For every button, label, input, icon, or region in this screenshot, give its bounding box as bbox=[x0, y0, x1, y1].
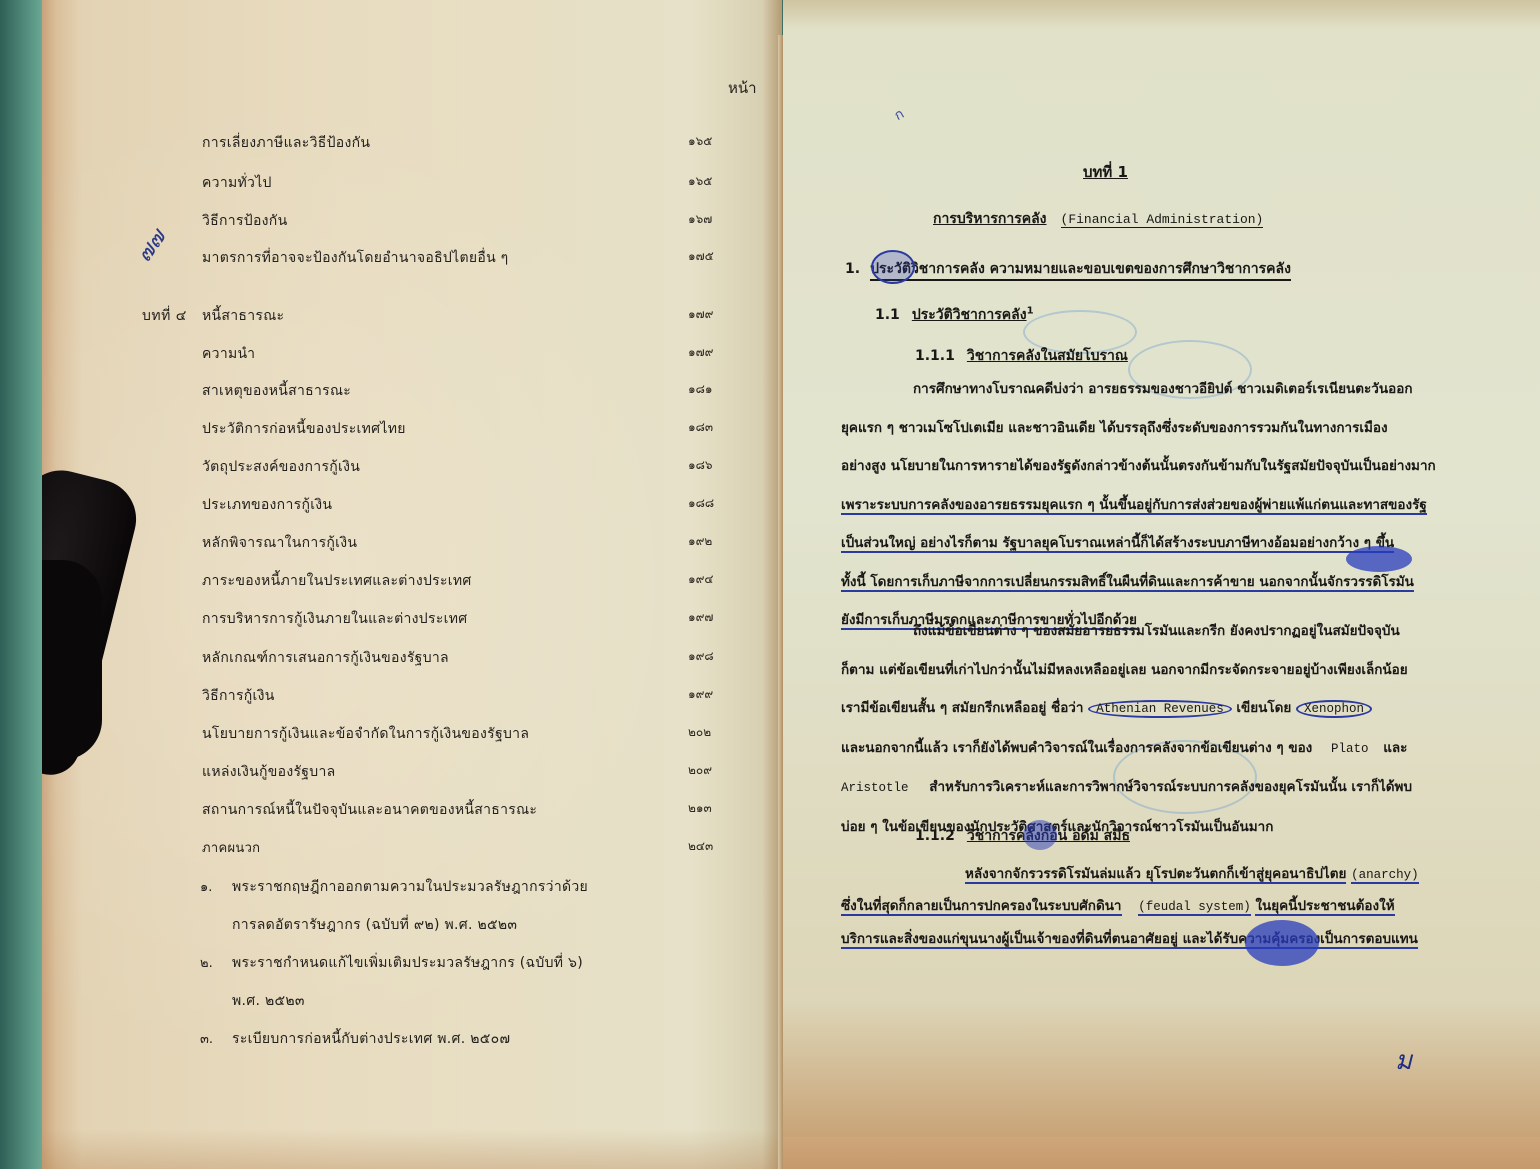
toc-entry: สถานการณ์หนี้ในปัจจุบันและอนาคตของหนี้สา… bbox=[42, 799, 782, 825]
toc-entry: ความทั่วไป ๑๖๕ bbox=[42, 172, 782, 198]
toc-entry-page: ๑๘๓ bbox=[688, 418, 713, 437]
toc-entry: หลักพิจารณาในการกู้เงิน ๑๙๒ bbox=[42, 532, 782, 558]
toc-entry-title: ความทั่วไป bbox=[202, 172, 272, 194]
section-heading-1-1-1: 1.1.1วิชาการคลังในสมัยโบราณ bbox=[915, 345, 1128, 367]
toc-entry-title: ประเภทของการกู้เงิน bbox=[202, 494, 332, 516]
pen-scribble-annotation bbox=[1245, 920, 1319, 966]
toc-entry-page: ๑๖๕ bbox=[688, 172, 712, 191]
toc-chapter-entry: บทที่ ๔ หนี้สาธารณะ ๑๗๙ bbox=[42, 305, 782, 331]
toc-entry: วัตถุประสงค์ของการกู้เงิน ๑๘๖ bbox=[42, 456, 782, 482]
toc-entry-title: การบริหารการกู้เงินภายในและต่างประเทศ bbox=[202, 608, 467, 630]
toc-entry: ภาคผนวก ๒๔๓ bbox=[42, 837, 782, 863]
toc-entry-page: ๒๑๓ bbox=[688, 799, 712, 818]
toc-entry-title: สาเหตุของหนี้สาธารณะ bbox=[202, 380, 351, 402]
paragraph-pre-adam-smith: หลังจากจักรวรรดิโรมันล่มแล้ว ยุโรปตะวันต… bbox=[841, 855, 1461, 959]
thumb-shadow bbox=[42, 560, 102, 760]
chapter-label: บทที่ 1 bbox=[1083, 160, 1128, 184]
toc-entry-title: หนี้สาธารณะ bbox=[202, 305, 284, 327]
paragraph-greek-roman-writings: ถึงแม้ข้อเขียนต่าง ๆ ของสมัยอารยธรรมโรมั… bbox=[841, 612, 1461, 846]
toc-entry-title: ภาคผนวก bbox=[202, 837, 260, 858]
toc-entry-title: วัตถุประสงค์ของการกู้เงิน bbox=[202, 456, 360, 478]
annotated-term-athenian-revenues: Athenian Revenues bbox=[1088, 700, 1232, 718]
left-page-toc: หน้า ๗๗ การเลี่ยงภาษีและวิธีป้องกัน ๑๖๕ … bbox=[42, 0, 782, 1169]
toc-entry: ภาระของหนี้ภายในประเทศและต่างประเทศ ๑๙๔ bbox=[42, 570, 782, 596]
toc-entry-page: ๑๗๙ bbox=[688, 343, 713, 362]
toc-entry-title: การเลี่ยงภาษีและวิธีป้องกัน bbox=[202, 132, 370, 154]
appendix-item-continuation: การลดอัตรารัษฎากร (ฉบับที่ ๙๒) พ.ศ. ๒๕๒๓ bbox=[42, 914, 782, 940]
handwritten-top-mark: ก bbox=[890, 103, 908, 126]
toc-entry-page: ๑๙๙ bbox=[688, 685, 713, 704]
toc-entry-title: หลักพิจารณาในการกู้เงิน bbox=[202, 532, 357, 554]
toc-entry: มาตรการที่อาจจะป้องกันโดยอำนาจอธิปไตยอื่… bbox=[42, 247, 782, 273]
appendix-item: ๑. พระราชกฤษฎีกาออกตามความในประมวลรัษฎาก… bbox=[42, 876, 782, 902]
toc-entry-title: ภาระของหนี้ภายในประเทศและต่างประเทศ bbox=[202, 570, 472, 592]
chapter-title: การบริหารการคลัง(Financial Administratio… bbox=[933, 208, 1263, 230]
toc-entry: การเลี่ยงภาษีและวิธีป้องกัน ๑๖๕ bbox=[42, 132, 782, 158]
toc-entry: นโยบายการกู้เงินและข้อจำกัดในการกู้เงินข… bbox=[42, 723, 782, 749]
toc-entry-page: ๑๘๑ bbox=[688, 380, 713, 399]
toc-entry-title: มาตรการที่อาจจะป้องกันโดยอำนาจอธิปไตยอื่… bbox=[202, 247, 509, 269]
page-bottom-edge bbox=[783, 1137, 1540, 1169]
toc-entry-title: นโยบายการกู้เงินและข้อจำกัดในการกู้เงินข… bbox=[202, 723, 529, 745]
toc-entry-page: ๑๙๔ bbox=[688, 570, 714, 589]
toc-entry-title: แหล่งเงินกู้ของรัฐบาล bbox=[202, 761, 336, 783]
toc-entry: หลักเกณฑ์การเสนอการกู้เงินของรัฐบาล ๑๙๘ bbox=[42, 647, 782, 673]
toc-entry: แหล่งเงินกู้ของรัฐบาล ๒๐๙ bbox=[42, 761, 782, 787]
pen-circle-annotation bbox=[1023, 820, 1057, 850]
toc-entry-page: ๑๘๘ bbox=[688, 494, 714, 513]
annotated-term-xenophon: Xenophon bbox=[1296, 700, 1372, 718]
toc-entry-title: วิธีการป้องกัน bbox=[202, 210, 287, 232]
toc-entry-page: ๑๗๕ bbox=[688, 247, 714, 266]
appendix-item: ๓. ระเบียบการก่อหนี้กับต่างประเทศ พ.ศ. ๒… bbox=[42, 1028, 782, 1054]
toc-entry-title: วิธีการกู้เงิน bbox=[202, 685, 275, 707]
toc-entry-page: ๑๖๕ bbox=[688, 132, 712, 151]
toc-entry-title: ประวัติการก่อหนี้ของประเทศไทย bbox=[202, 418, 406, 440]
toc-entry: ความนำ ๑๗๙ bbox=[42, 343, 782, 369]
toc-entry: การบริหารการกู้เงินภายในและต่างประเทศ ๑๙… bbox=[42, 608, 782, 634]
toc-entry: สาเหตุของหนี้สาธารณะ ๑๘๑ bbox=[42, 380, 782, 406]
toc-chapter-label: บทที่ ๔ bbox=[142, 305, 187, 327]
toc-entry-title: หลักเกณฑ์การเสนอการกู้เงินของรัฐบาล bbox=[202, 647, 449, 669]
toc-entry-page: ๑๗๙ bbox=[688, 305, 713, 324]
toc-entry-title: ความนำ bbox=[202, 343, 255, 365]
toc-entry: ประวัติการก่อหนี้ของประเทศไทย ๑๘๓ bbox=[42, 418, 782, 444]
pen-circle-annotation bbox=[871, 250, 915, 284]
section-heading-1-1: 1.1ประวัติวิชาการคลัง1 bbox=[875, 304, 1034, 326]
toc-entry-title: สถานการณ์หนี้ในปัจจุบันและอนาคตของหนี้สา… bbox=[202, 799, 537, 821]
toc-entry-page: ๒๐๙ bbox=[688, 761, 712, 780]
toc-entry-page: ๑๖๗ bbox=[688, 210, 712, 229]
page-column-header: หน้า bbox=[728, 76, 757, 100]
right-page-chapter: ก บทที่ 1 การบริหารการคลัง(Financial Adm… bbox=[783, 0, 1540, 1169]
handwritten-bottom-mark: ม bbox=[1395, 1040, 1412, 1081]
toc-entry: ประเภทของการกู้เงิน ๑๘๘ bbox=[42, 494, 782, 520]
toc-entry-page: ๒๔๓ bbox=[688, 837, 713, 856]
toc-entry-page: ๑๙๒ bbox=[688, 532, 712, 551]
toc-entry: วิธีการกู้เงิน ๑๙๙ bbox=[42, 685, 782, 711]
paragraph-ancient-finance: การศึกษาทางโบราณคดีบ่งว่า อารยธรรมของชาว… bbox=[841, 370, 1461, 640]
toc-entry-page: ๑๙๘ bbox=[688, 647, 714, 666]
appendix-item-continuation: พ.ศ. ๒๕๒๓ bbox=[42, 990, 782, 1016]
appendix-item: ๒. พระราชกำหนดแก้ไขเพิ่มเติมประมวลรัษฎาก… bbox=[42, 952, 782, 978]
toc-entry-page: ๑๙๗ bbox=[688, 608, 713, 627]
toc-entry-page: ๑๘๖ bbox=[688, 456, 713, 475]
pen-scribble-annotation bbox=[1346, 546, 1412, 572]
toc-entry: วิธีการป้องกัน ๑๖๗ bbox=[42, 210, 782, 236]
toc-entry-page: ๒๐๒ bbox=[688, 723, 711, 742]
